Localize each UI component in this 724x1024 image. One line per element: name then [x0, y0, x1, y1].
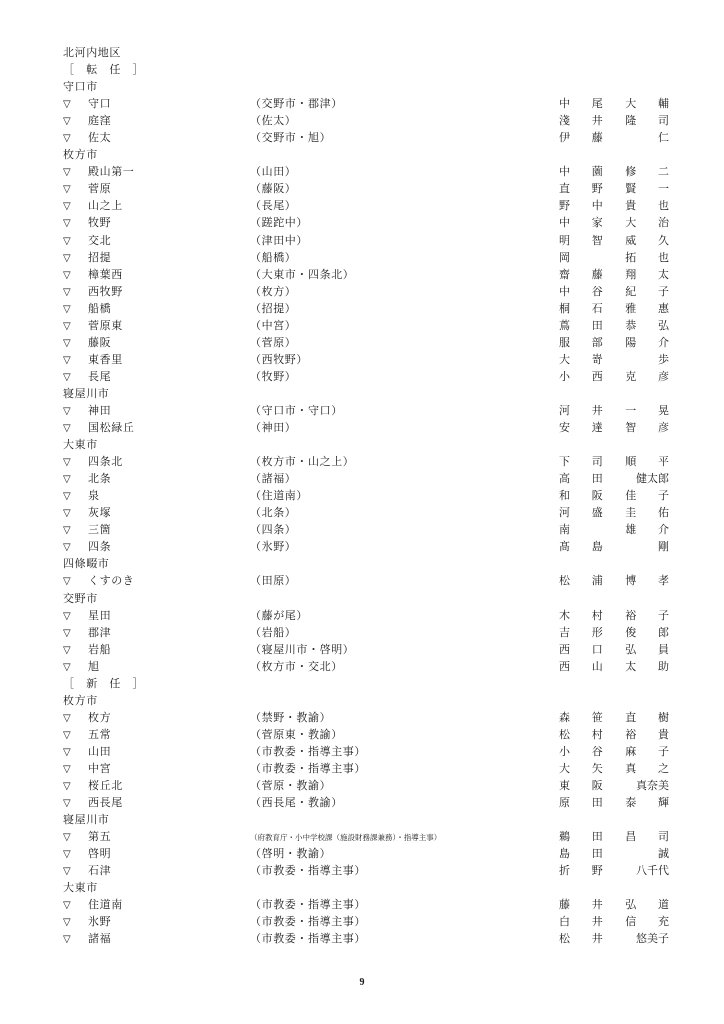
school-name: 中宮 [88, 761, 250, 778]
person-family-name: 服 部 [559, 335, 603, 352]
person-family-name: 和 阪 [559, 488, 603, 505]
previous-post: （北条） [250, 505, 559, 522]
person-family-name: 南 [559, 522, 570, 539]
person-name: 桐 石 雅 惠 [559, 301, 669, 318]
triangle-marker-icon: ▽ [63, 352, 88, 369]
person-family-name: 中 尾 [559, 96, 603, 113]
transfer-row: ▽ 佐太 （交野市・旭） 伊 藤 仁 [63, 130, 669, 147]
transfer-list: ［ 転 任 ］守口市 ▽ 守口 （交野市・郡津） 中 尾 大 輔 ▽ 庭窪 （佐… [63, 62, 669, 948]
triangle-marker-icon: ▽ [63, 573, 88, 590]
person-family-name: 小 西 [559, 369, 603, 386]
school-name: 西牧野 [88, 284, 250, 301]
previous-post: （岩船） [250, 625, 559, 642]
person-given-name: 昌 司 [625, 829, 669, 846]
school-name: 氷野 [88, 914, 250, 931]
transfer-row: ▽ 藤阪 （菅原） 服 部 陽 介 [63, 335, 669, 352]
transfer-row: ▽ 長尾 （牧野） 小 西 克 彦 [63, 369, 669, 386]
person-family-name: 折 野 [559, 863, 603, 880]
person-given-name: 修 二 [625, 164, 669, 181]
person-name: 木 村 裕 子 [559, 608, 669, 625]
triangle-marker-icon: ▽ [63, 284, 88, 301]
person-name: 東 阪 真奈美 [559, 778, 669, 795]
school-name: 菅原 [88, 181, 250, 198]
person-family-name: 小 谷 [559, 744, 603, 761]
person-name: 髙 島 剛 [559, 539, 669, 556]
person-given-name: 佳 子 [625, 488, 669, 505]
person-name: 明 智 威 久 [559, 233, 669, 250]
school-name: 山之上 [88, 198, 250, 215]
person-name: 下 司 順 平 [559, 454, 669, 471]
person-family-name: 藤 井 [559, 897, 603, 914]
previous-post: （田原） [250, 573, 559, 590]
triangle-marker-icon: ▽ [63, 914, 88, 931]
previous-post: （中宮） [250, 318, 559, 335]
transfer-row: ▽ 星田 （藤が尾） 木 村 裕 子 [63, 608, 669, 625]
person-name: 小 谷 麻 子 [559, 744, 669, 761]
previous-post: （市教委・指導主事） [250, 863, 559, 880]
transfer-row: ▽ 守口 （交野市・郡津） 中 尾 大 輔 [63, 96, 669, 113]
person-name: 中 薗 修 二 [559, 164, 669, 181]
transfer-row: ▽ 神田 （守口市・守口） 河 井 一 晃 [63, 403, 669, 420]
person-family-name: 松 井 [559, 931, 603, 948]
person-name: 西 口 弘 員 [559, 642, 669, 659]
triangle-marker-icon: ▽ [63, 642, 88, 659]
transfer-row: ▽ 山田 （市教委・指導主事） 小 谷 麻 子 [63, 744, 669, 761]
person-name: 小 西 克 彦 [559, 369, 669, 386]
transfer-row: ▽ 山之上 （長尾） 野 中 貴 也 [63, 198, 669, 215]
previous-post: （山田） [250, 164, 559, 181]
region-title: 北河内地区 [63, 45, 669, 62]
school-name: 菅原東 [88, 318, 250, 335]
school-name: 四条 [88, 539, 250, 556]
person-given-name: 紀 子 [625, 284, 669, 301]
triangle-marker-icon: ▽ [63, 488, 88, 505]
document-page: 北河内地区 ［ 転 任 ］守口市 ▽ 守口 （交野市・郡津） 中 尾 大 輔 ▽… [63, 45, 669, 948]
person-family-name: 大 嵜 [559, 352, 603, 369]
transfer-row: ▽ 四条 （氷野） 髙 島 剛 [63, 539, 669, 556]
previous-post: （寝屋川市・啓明） [250, 642, 559, 659]
previous-post: （菅原東・教諭） [250, 727, 559, 744]
previous-post: （四条） [250, 522, 559, 539]
previous-post: （枚方市・山之上） [250, 454, 559, 471]
school-name: 石津 [88, 863, 250, 880]
transfer-row: ▽ 樟葉西 （大東市・四条北） 齋 藤 翔 太 [63, 267, 669, 284]
triangle-marker-icon: ▽ [63, 335, 88, 352]
person-given-name: 陽 介 [625, 335, 669, 352]
triangle-marker-icon: ▽ [63, 318, 88, 335]
school-name: 国松緑丘 [88, 420, 250, 437]
school-name: 灰塚 [88, 505, 250, 522]
transfer-row: ▽ 殿山第一 （山田） 中 薗 修 二 [63, 164, 669, 181]
person-name: 白 井 信 充 [559, 914, 669, 931]
person-family-name: 西 山 [559, 659, 603, 676]
transfer-row: ▽ 菅原東 （中宮） 蔦 田 恭 弘 [63, 318, 669, 335]
person-family-name: 直 野 [559, 181, 603, 198]
triangle-marker-icon: ▽ [63, 608, 88, 625]
school-name: 星田 [88, 608, 250, 625]
school-name: 殿山第一 [88, 164, 250, 181]
previous-post: （大東市・四条北） [250, 267, 559, 284]
person-given-name: 隆 司 [625, 113, 669, 130]
transfer-row: ▽ 牧野 （蹉跎中） 中 家 大 治 [63, 215, 669, 232]
previous-post: （招提） [250, 301, 559, 318]
person-name: 原 田 泰 輝 [559, 795, 669, 812]
previous-post: （佐太） [250, 113, 559, 130]
triangle-marker-icon: ▽ [63, 369, 88, 386]
person-name: 野 中 貴 也 [559, 198, 669, 215]
triangle-marker-icon: ▽ [63, 897, 88, 914]
transfer-row: ▽ 庭窪 （佐太） 淺 井 隆 司 [63, 113, 669, 130]
person-name: 大 矢 真 之 [559, 761, 669, 778]
school-name: 第五 [88, 829, 250, 846]
person-family-name: 高 田 [559, 471, 603, 488]
previous-post: （西長尾・教諭） [250, 795, 559, 812]
previous-post: （市教委・指導主事） [250, 931, 559, 948]
previous-post: （長尾） [250, 198, 559, 215]
person-family-name: 河 井 [559, 403, 603, 420]
person-name: 吉 形 俊 郎 [559, 625, 669, 642]
person-name: 南 雄 介 [559, 522, 669, 539]
triangle-marker-icon: ▽ [63, 198, 88, 215]
person-given-name: 歩 [658, 352, 669, 369]
transfer-row: ▽ 泉 （住道南） 和 阪 佳 子 [63, 488, 669, 505]
page-number: 9 [0, 977, 724, 988]
school-name: 牧野 [88, 215, 250, 232]
person-family-name: 齋 藤 [559, 267, 603, 284]
person-family-name: 森 笹 [559, 710, 603, 727]
person-name: 中 家 大 治 [559, 215, 669, 232]
previous-post: （菅原・教諭） [250, 778, 559, 795]
person-given-name: 直 樹 [625, 710, 669, 727]
person-name: 鵜 田 昌 司 [559, 829, 669, 846]
school-name: 啓明 [88, 846, 250, 863]
person-family-name: 桐 石 [559, 301, 603, 318]
person-name: 河 井 一 晃 [559, 403, 669, 420]
previous-post: （津田中） [250, 233, 559, 250]
city-header: 交野市 [63, 591, 669, 608]
school-name: 五常 [88, 727, 250, 744]
person-given-name: 貴 也 [625, 198, 669, 215]
person-given-name: 裕 貴 [625, 727, 669, 744]
transfer-row: ▽ 第五 （府教育庁・小中学校課（施設財務課兼務）・指導主事） 鵜 田 昌 司 [63, 829, 669, 846]
transfer-row: ▽ 四条北 （枚方市・山之上） 下 司 順 平 [63, 454, 669, 471]
previous-post: （枚方市・交北） [250, 659, 559, 676]
person-name: 中 谷 紀 子 [559, 284, 669, 301]
transfer-row: ▽ 北条 （諸福） 高 田 健太郎 [63, 471, 669, 488]
previous-post: （西牧野） [250, 352, 559, 369]
triangle-marker-icon: ▽ [63, 761, 88, 778]
triangle-marker-icon: ▽ [63, 778, 88, 795]
transfer-row: ▽ 国松緑丘 （神田） 安 達 智 彦 [63, 420, 669, 437]
person-given-name: 順 平 [625, 454, 669, 471]
school-name: 東香里 [88, 352, 250, 369]
previous-post: （氷野） [250, 539, 559, 556]
person-family-name: 下 司 [559, 454, 603, 471]
school-name: 神田 [88, 403, 250, 420]
previous-post: （菅原） [250, 335, 559, 352]
previous-post: （市教委・指導主事） [250, 761, 559, 778]
city-header: 寝屋川市 [63, 812, 669, 829]
person-family-name: 中 谷 [559, 284, 603, 301]
city-header: 四條畷市 [63, 556, 669, 573]
section-header: ［ 新 任 ］ [63, 676, 669, 693]
person-given-name: 大 輔 [625, 96, 669, 113]
person-name: 安 達 智 彦 [559, 420, 669, 437]
school-name: 招提 [88, 250, 250, 267]
person-given-name: 圭 佑 [625, 505, 669, 522]
triangle-marker-icon: ▽ [63, 420, 88, 437]
person-given-name: 八千代 [636, 863, 669, 880]
city-header: 大東市 [63, 437, 669, 454]
triangle-marker-icon: ▽ [63, 863, 88, 880]
transfer-row: ▽ 氷野 （市教委・指導主事） 白 井 信 充 [63, 914, 669, 931]
person-given-name: 大 治 [625, 215, 669, 232]
transfer-row: ▽ 住道南 （市教委・指導主事） 藤 井 弘 道 [63, 897, 669, 914]
person-family-name: 吉 形 [559, 625, 603, 642]
person-name: 淺 井 隆 司 [559, 113, 669, 130]
person-given-name: 仁 [658, 130, 669, 147]
triangle-marker-icon: ▽ [63, 164, 88, 181]
person-family-name: 大 矢 [559, 761, 603, 778]
person-name: 森 笹 直 樹 [559, 710, 669, 727]
previous-post: （蹉跎中） [250, 215, 559, 232]
school-name: くすのき [88, 573, 250, 590]
transfer-row: ▽ 桜丘北 （菅原・教諭） 東 阪 真奈美 [63, 778, 669, 795]
triangle-marker-icon: ▽ [63, 846, 88, 863]
transfer-row: ▽ 旭 （枚方市・交北） 西 山 太 助 [63, 659, 669, 676]
transfer-row: ▽ 中宮 （市教委・指導主事） 大 矢 真 之 [63, 761, 669, 778]
triangle-marker-icon: ▽ [63, 625, 88, 642]
person-given-name: 裕 子 [625, 608, 669, 625]
previous-post: （府教育庁・小中学校課（施設財務課兼務）・指導主事） [250, 829, 559, 846]
person-family-name: 原 田 [559, 795, 603, 812]
person-name: 藤 井 弘 道 [559, 897, 669, 914]
triangle-marker-icon: ▽ [63, 829, 88, 846]
triangle-marker-icon: ▽ [63, 710, 88, 727]
person-name: 蔦 田 恭 弘 [559, 318, 669, 335]
previous-post: （住道南） [250, 488, 559, 505]
person-family-name: 白 井 [559, 914, 603, 931]
previous-post: （牧野） [250, 369, 559, 386]
person-given-name: 健太郎 [636, 471, 669, 488]
transfer-row: ▽ 石津 （市教委・指導主事） 折 野 八千代 [63, 863, 669, 880]
transfer-row: ▽ 啓明 （啓明・教諭） 島 田 誠 [63, 846, 669, 863]
person-family-name: 中 薗 [559, 164, 603, 181]
person-family-name: 西 口 [559, 642, 603, 659]
person-given-name: 翔 太 [625, 267, 669, 284]
transfer-row: ▽ 諸福 （市教委・指導主事） 松 井 悠美子 [63, 931, 669, 948]
person-given-name: 智 彦 [625, 420, 669, 437]
school-name: 泉 [88, 488, 250, 505]
school-name: 佐太 [88, 130, 250, 147]
triangle-marker-icon: ▽ [63, 659, 88, 676]
person-family-name: 野 中 [559, 198, 603, 215]
person-family-name: 松 浦 [559, 573, 603, 590]
school-name: 守口 [88, 96, 250, 113]
school-name: 樟葉西 [88, 267, 250, 284]
triangle-marker-icon: ▽ [63, 181, 88, 198]
person-name: 松 浦 博 孝 [559, 573, 669, 590]
person-family-name: 松 村 [559, 727, 603, 744]
triangle-marker-icon: ▽ [63, 250, 88, 267]
school-name: 住道南 [88, 897, 250, 914]
previous-post: （藤阪） [250, 181, 559, 198]
person-given-name: 雄 介 [625, 522, 669, 539]
person-given-name: 克 彦 [625, 369, 669, 386]
triangle-marker-icon: ▽ [63, 113, 88, 130]
school-name: 四条北 [88, 454, 250, 471]
person-family-name: 中 家 [559, 215, 603, 232]
triangle-marker-icon: ▽ [63, 96, 88, 113]
triangle-marker-icon: ▽ [63, 795, 88, 812]
transfer-row: ▽ 船橋 （招提） 桐 石 雅 惠 [63, 301, 669, 318]
person-given-name: 一 晃 [625, 403, 669, 420]
school-name: 庭窪 [88, 113, 250, 130]
previous-post: （枚方） [250, 284, 559, 301]
school-name: 枚方 [88, 710, 250, 727]
previous-post: （神田） [250, 420, 559, 437]
person-name: 中 尾 大 輔 [559, 96, 669, 113]
previous-post: （守口市・守口） [250, 403, 559, 420]
person-family-name: 蔦 田 [559, 318, 603, 335]
section-header: ［ 転 任 ］ [63, 62, 669, 79]
triangle-marker-icon: ▽ [63, 267, 88, 284]
transfer-row: ▽ 岩船 （寝屋川市・啓明） 西 口 弘 員 [63, 642, 669, 659]
school-name: 桜丘北 [88, 778, 250, 795]
school-name: 長尾 [88, 369, 250, 386]
transfer-row: ▽ 東香里 （西牧野） 大 嵜 歩 [63, 352, 669, 369]
person-given-name: 威 久 [625, 233, 669, 250]
triangle-marker-icon: ▽ [63, 454, 88, 471]
person-family-name: 明 智 [559, 233, 603, 250]
city-header: 枚方市 [63, 693, 669, 710]
person-given-name: 弘 道 [625, 897, 669, 914]
previous-post: （諸福） [250, 471, 559, 488]
triangle-marker-icon: ▽ [63, 931, 88, 948]
school-name: 岩船 [88, 642, 250, 659]
triangle-marker-icon: ▽ [63, 744, 88, 761]
person-family-name: 河 盛 [559, 505, 603, 522]
triangle-marker-icon: ▽ [63, 215, 88, 232]
person-given-name: 俊 郎 [625, 625, 669, 642]
previous-post: （啓明・教諭） [250, 846, 559, 863]
school-name: 藤阪 [88, 335, 250, 352]
person-given-name: 弘 員 [625, 642, 669, 659]
person-name: 島 田 誠 [559, 846, 669, 863]
previous-post: （藤が尾） [250, 608, 559, 625]
person-family-name: 伊 藤 [559, 130, 603, 147]
triangle-marker-icon: ▽ [63, 130, 88, 147]
transfer-row: ▽ 招提 （船橋） 岡 拓 也 [63, 250, 669, 267]
person-family-name: 岡 [559, 250, 570, 267]
city-header: 寝屋川市 [63, 386, 669, 403]
school-name: 旭 [88, 659, 250, 676]
person-family-name: 安 達 [559, 420, 603, 437]
triangle-marker-icon: ▽ [63, 727, 88, 744]
person-name: 高 田 健太郎 [559, 471, 669, 488]
school-name: 西長尾 [88, 795, 250, 812]
transfer-row: ▽ 菅原 （藤阪） 直 野 賢 一 [63, 181, 669, 198]
person-name: 松 井 悠美子 [559, 931, 669, 948]
school-name: 郡津 [88, 625, 250, 642]
school-name: 諸福 [88, 931, 250, 948]
person-family-name: 鵜 田 [559, 829, 603, 846]
triangle-marker-icon: ▽ [63, 539, 88, 556]
person-family-name: 淺 井 [559, 113, 603, 130]
school-name: 北条 [88, 471, 250, 488]
triangle-marker-icon: ▽ [63, 403, 88, 420]
transfer-row: ▽ 枚方 （禁野・教諭） 森 笹 直 樹 [63, 710, 669, 727]
person-name: 伊 藤 仁 [559, 130, 669, 147]
previous-post: （交野市・郡津） [250, 96, 559, 113]
previous-post: （市教委・指導主事） [250, 744, 559, 761]
city-header: 大東市 [63, 880, 669, 897]
previous-post: （船橋） [250, 250, 559, 267]
person-name: 西 山 太 助 [559, 659, 669, 676]
triangle-marker-icon: ▽ [63, 301, 88, 318]
person-name: 服 部 陽 介 [559, 335, 669, 352]
triangle-marker-icon: ▽ [63, 233, 88, 250]
previous-post: （市教委・指導主事） [250, 914, 559, 931]
person-family-name: 東 阪 [559, 778, 603, 795]
person-given-name: 賢 一 [625, 181, 669, 198]
transfer-row: ▽ 灰塚 （北条） 河 盛 圭 佑 [63, 505, 669, 522]
person-given-name: 博 孝 [625, 573, 669, 590]
person-given-name: 雅 惠 [625, 301, 669, 318]
person-name: 和 阪 佳 子 [559, 488, 669, 505]
person-given-name: 恭 弘 [625, 318, 669, 335]
person-family-name: 木 村 [559, 608, 603, 625]
person-given-name: 麻 子 [625, 744, 669, 761]
triangle-marker-icon: ▽ [63, 471, 88, 488]
school-name: 交北 [88, 233, 250, 250]
person-name: 大 嵜 歩 [559, 352, 669, 369]
previous-post: （市教委・指導主事） [250, 897, 559, 914]
transfer-row: ▽ 交北 （津田中） 明 智 威 久 [63, 233, 669, 250]
person-name: 齋 藤 翔 太 [559, 267, 669, 284]
transfer-row: ▽ 郡津 （岩船） 吉 形 俊 郎 [63, 625, 669, 642]
transfer-row: ▽ 五常 （菅原東・教諭） 松 村 裕 貴 [63, 727, 669, 744]
person-given-name: 拓 也 [625, 250, 669, 267]
person-name: 岡 拓 也 [559, 250, 669, 267]
transfer-row: ▽ 西牧野 （枚方） 中 谷 紀 子 [63, 284, 669, 301]
person-given-name: 信 充 [625, 914, 669, 931]
person-given-name: 真 之 [625, 761, 669, 778]
person-name: 直 野 賢 一 [559, 181, 669, 198]
city-header: 枚方市 [63, 147, 669, 164]
person-given-name: 剛 [658, 539, 669, 556]
triangle-marker-icon: ▽ [63, 522, 88, 539]
person-given-name: 誠 [658, 846, 669, 863]
triangle-marker-icon: ▽ [63, 505, 88, 522]
city-header: 守口市 [63, 79, 669, 96]
person-family-name: 髙 島 [559, 539, 603, 556]
person-given-name: 真奈美 [636, 778, 669, 795]
person-given-name: 泰 輝 [625, 795, 669, 812]
person-name: 折 野 八千代 [559, 863, 669, 880]
person-name: 松 村 裕 貴 [559, 727, 669, 744]
previous-post: （交野市・旭） [250, 130, 559, 147]
person-given-name: 太 助 [625, 659, 669, 676]
transfer-row: ▽ 三箇 （四条） 南 雄 介 [63, 522, 669, 539]
school-name: 山田 [88, 744, 250, 761]
transfer-row: ▽ 西長尾 （西長尾・教諭） 原 田 泰 輝 [63, 795, 669, 812]
school-name: 船橋 [88, 301, 250, 318]
transfer-row: ▽ くすのき （田原） 松 浦 博 孝 [63, 573, 669, 590]
person-given-name: 悠美子 [636, 931, 669, 948]
previous-post: （禁野・教諭） [250, 710, 559, 727]
person-name: 河 盛 圭 佑 [559, 505, 669, 522]
